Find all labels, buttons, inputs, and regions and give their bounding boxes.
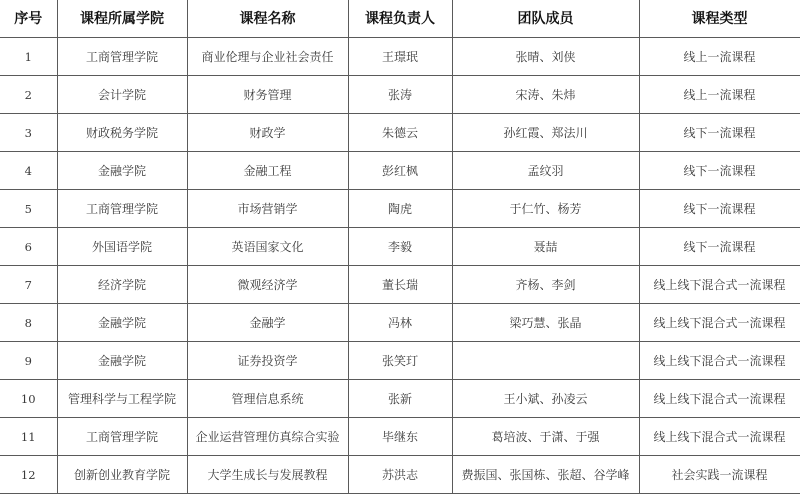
cell-type: 社会实践一流课程	[639, 456, 800, 494]
cell-members: 宋涛、朱炜	[452, 76, 639, 114]
cell-college: 金融学院	[57, 342, 187, 380]
cell-course: 财务管理	[187, 76, 348, 114]
cell-leader: 董长瑞	[348, 266, 452, 304]
cell-college: 创新创业教育学院	[57, 456, 187, 494]
cell-no: 4	[0, 152, 57, 190]
header-type: 课程类型	[639, 0, 800, 38]
cell-no: 7	[0, 266, 57, 304]
cell-members: 齐杨、李剑	[452, 266, 639, 304]
cell-college: 工商管理学院	[57, 38, 187, 76]
cell-college: 外国语学院	[57, 228, 187, 266]
cell-type: 线上线下混合式一流课程	[639, 304, 800, 342]
header-leader: 课程负责人	[348, 0, 452, 38]
cell-type: 线下一流课程	[639, 228, 800, 266]
cell-leader: 张新	[348, 380, 452, 418]
cell-college: 经济学院	[57, 266, 187, 304]
header-college: 课程所属学院	[57, 0, 187, 38]
cell-college: 金融学院	[57, 304, 187, 342]
cell-members: 王小斌、孙凌云	[452, 380, 639, 418]
cell-college: 管理科学与工程学院	[57, 380, 187, 418]
cell-no: 2	[0, 76, 57, 114]
cell-no: 6	[0, 228, 57, 266]
cell-course: 金融学	[187, 304, 348, 342]
cell-type: 线下一流课程	[639, 114, 800, 152]
cell-no: 1	[0, 38, 57, 76]
cell-no: 11	[0, 418, 57, 456]
cell-no: 9	[0, 342, 57, 380]
cell-no: 5	[0, 190, 57, 228]
cell-course: 英语国家文化	[187, 228, 348, 266]
table-row: 9 金融学院 证券投资学 张笑玎 线上线下混合式一流课程	[0, 342, 800, 380]
cell-members: 于仁竹、杨芳	[452, 190, 639, 228]
cell-members: 聂喆	[452, 228, 639, 266]
header-course: 课程名称	[187, 0, 348, 38]
cell-course: 金融工程	[187, 152, 348, 190]
cell-leader: 冯林	[348, 304, 452, 342]
cell-members: 孟纹羽	[452, 152, 639, 190]
table-row: 1 工商管理学院 商业伦理与企业社会责任 王璟珉 张晴、刘侠 线上一流课程	[0, 38, 800, 76]
cell-members: 孙红霞、郑法川	[452, 114, 639, 152]
course-table: 序号 课程所属学院 课程名称 课程负责人 团队成员 课程类型 1 工商管理学院 …	[0, 0, 800, 494]
table-row: 12 创新创业教育学院 大学生成长与发展教程 苏洪志 费振国、张国栋、张超、谷学…	[0, 456, 800, 494]
cell-leader: 陶虎	[348, 190, 452, 228]
cell-type: 线上一流课程	[639, 76, 800, 114]
cell-college: 金融学院	[57, 152, 187, 190]
cell-leader: 苏洪志	[348, 456, 452, 494]
cell-members: 梁巧慧、张晶	[452, 304, 639, 342]
cell-course: 企业运营管理仿真综合实验	[187, 418, 348, 456]
table-row: 7 经济学院 微观经济学 董长瑞 齐杨、李剑 线上线下混合式一流课程	[0, 266, 800, 304]
header-row: 序号 课程所属学院 课程名称 课程负责人 团队成员 课程类型	[0, 0, 800, 38]
cell-course: 大学生成长与发展教程	[187, 456, 348, 494]
cell-no: 8	[0, 304, 57, 342]
cell-course: 市场营销学	[187, 190, 348, 228]
cell-members: 葛培波、于潇、于强	[452, 418, 639, 456]
cell-no: 10	[0, 380, 57, 418]
cell-members: 张晴、刘侠	[452, 38, 639, 76]
cell-type: 线下一流课程	[639, 190, 800, 228]
table-row: 6 外国语学院 英语国家文化 李毅 聂喆 线下一流课程	[0, 228, 800, 266]
cell-no: 3	[0, 114, 57, 152]
cell-course: 财政学	[187, 114, 348, 152]
table-row: 10 管理科学与工程学院 管理信息系统 张新 王小斌、孙凌云 线上线下混合式一流…	[0, 380, 800, 418]
cell-type: 线上线下混合式一流课程	[639, 418, 800, 456]
cell-type: 线上线下混合式一流课程	[639, 380, 800, 418]
cell-course: 管理信息系统	[187, 380, 348, 418]
cell-members	[452, 342, 639, 380]
cell-no: 12	[0, 456, 57, 494]
table-row: 11 工商管理学院 企业运营管理仿真综合实验 毕继东 葛培波、于潇、于强 线上线…	[0, 418, 800, 456]
cell-leader: 张笑玎	[348, 342, 452, 380]
table-row: 8 金融学院 金融学 冯林 梁巧慧、张晶 线上线下混合式一流课程	[0, 304, 800, 342]
cell-leader: 毕继东	[348, 418, 452, 456]
cell-leader: 李毅	[348, 228, 452, 266]
cell-type: 线上一流课程	[639, 38, 800, 76]
cell-college: 工商管理学院	[57, 418, 187, 456]
cell-leader: 彭红枫	[348, 152, 452, 190]
cell-members: 费振国、张国栋、张超、谷学峰	[452, 456, 639, 494]
cell-type: 线上线下混合式一流课程	[639, 266, 800, 304]
table-row: 3 财政税务学院 财政学 朱德云 孙红霞、郑法川 线下一流课程	[0, 114, 800, 152]
cell-course: 证券投资学	[187, 342, 348, 380]
cell-college: 会计学院	[57, 76, 187, 114]
table-row: 2 会计学院 财务管理 张涛 宋涛、朱炜 线上一流课程	[0, 76, 800, 114]
cell-type: 线上线下混合式一流课程	[639, 342, 800, 380]
table-row: 5 工商管理学院 市场营销学 陶虎 于仁竹、杨芳 线下一流课程	[0, 190, 800, 228]
header-no: 序号	[0, 0, 57, 38]
cell-college: 工商管理学院	[57, 190, 187, 228]
table-row: 4 金融学院 金融工程 彭红枫 孟纹羽 线下一流课程	[0, 152, 800, 190]
cell-leader: 张涛	[348, 76, 452, 114]
cell-college: 财政税务学院	[57, 114, 187, 152]
cell-leader: 王璟珉	[348, 38, 452, 76]
header-members: 团队成员	[452, 0, 639, 38]
cell-leader: 朱德云	[348, 114, 452, 152]
cell-type: 线下一流课程	[639, 152, 800, 190]
cell-course: 微观经济学	[187, 266, 348, 304]
cell-course: 商业伦理与企业社会责任	[187, 38, 348, 76]
